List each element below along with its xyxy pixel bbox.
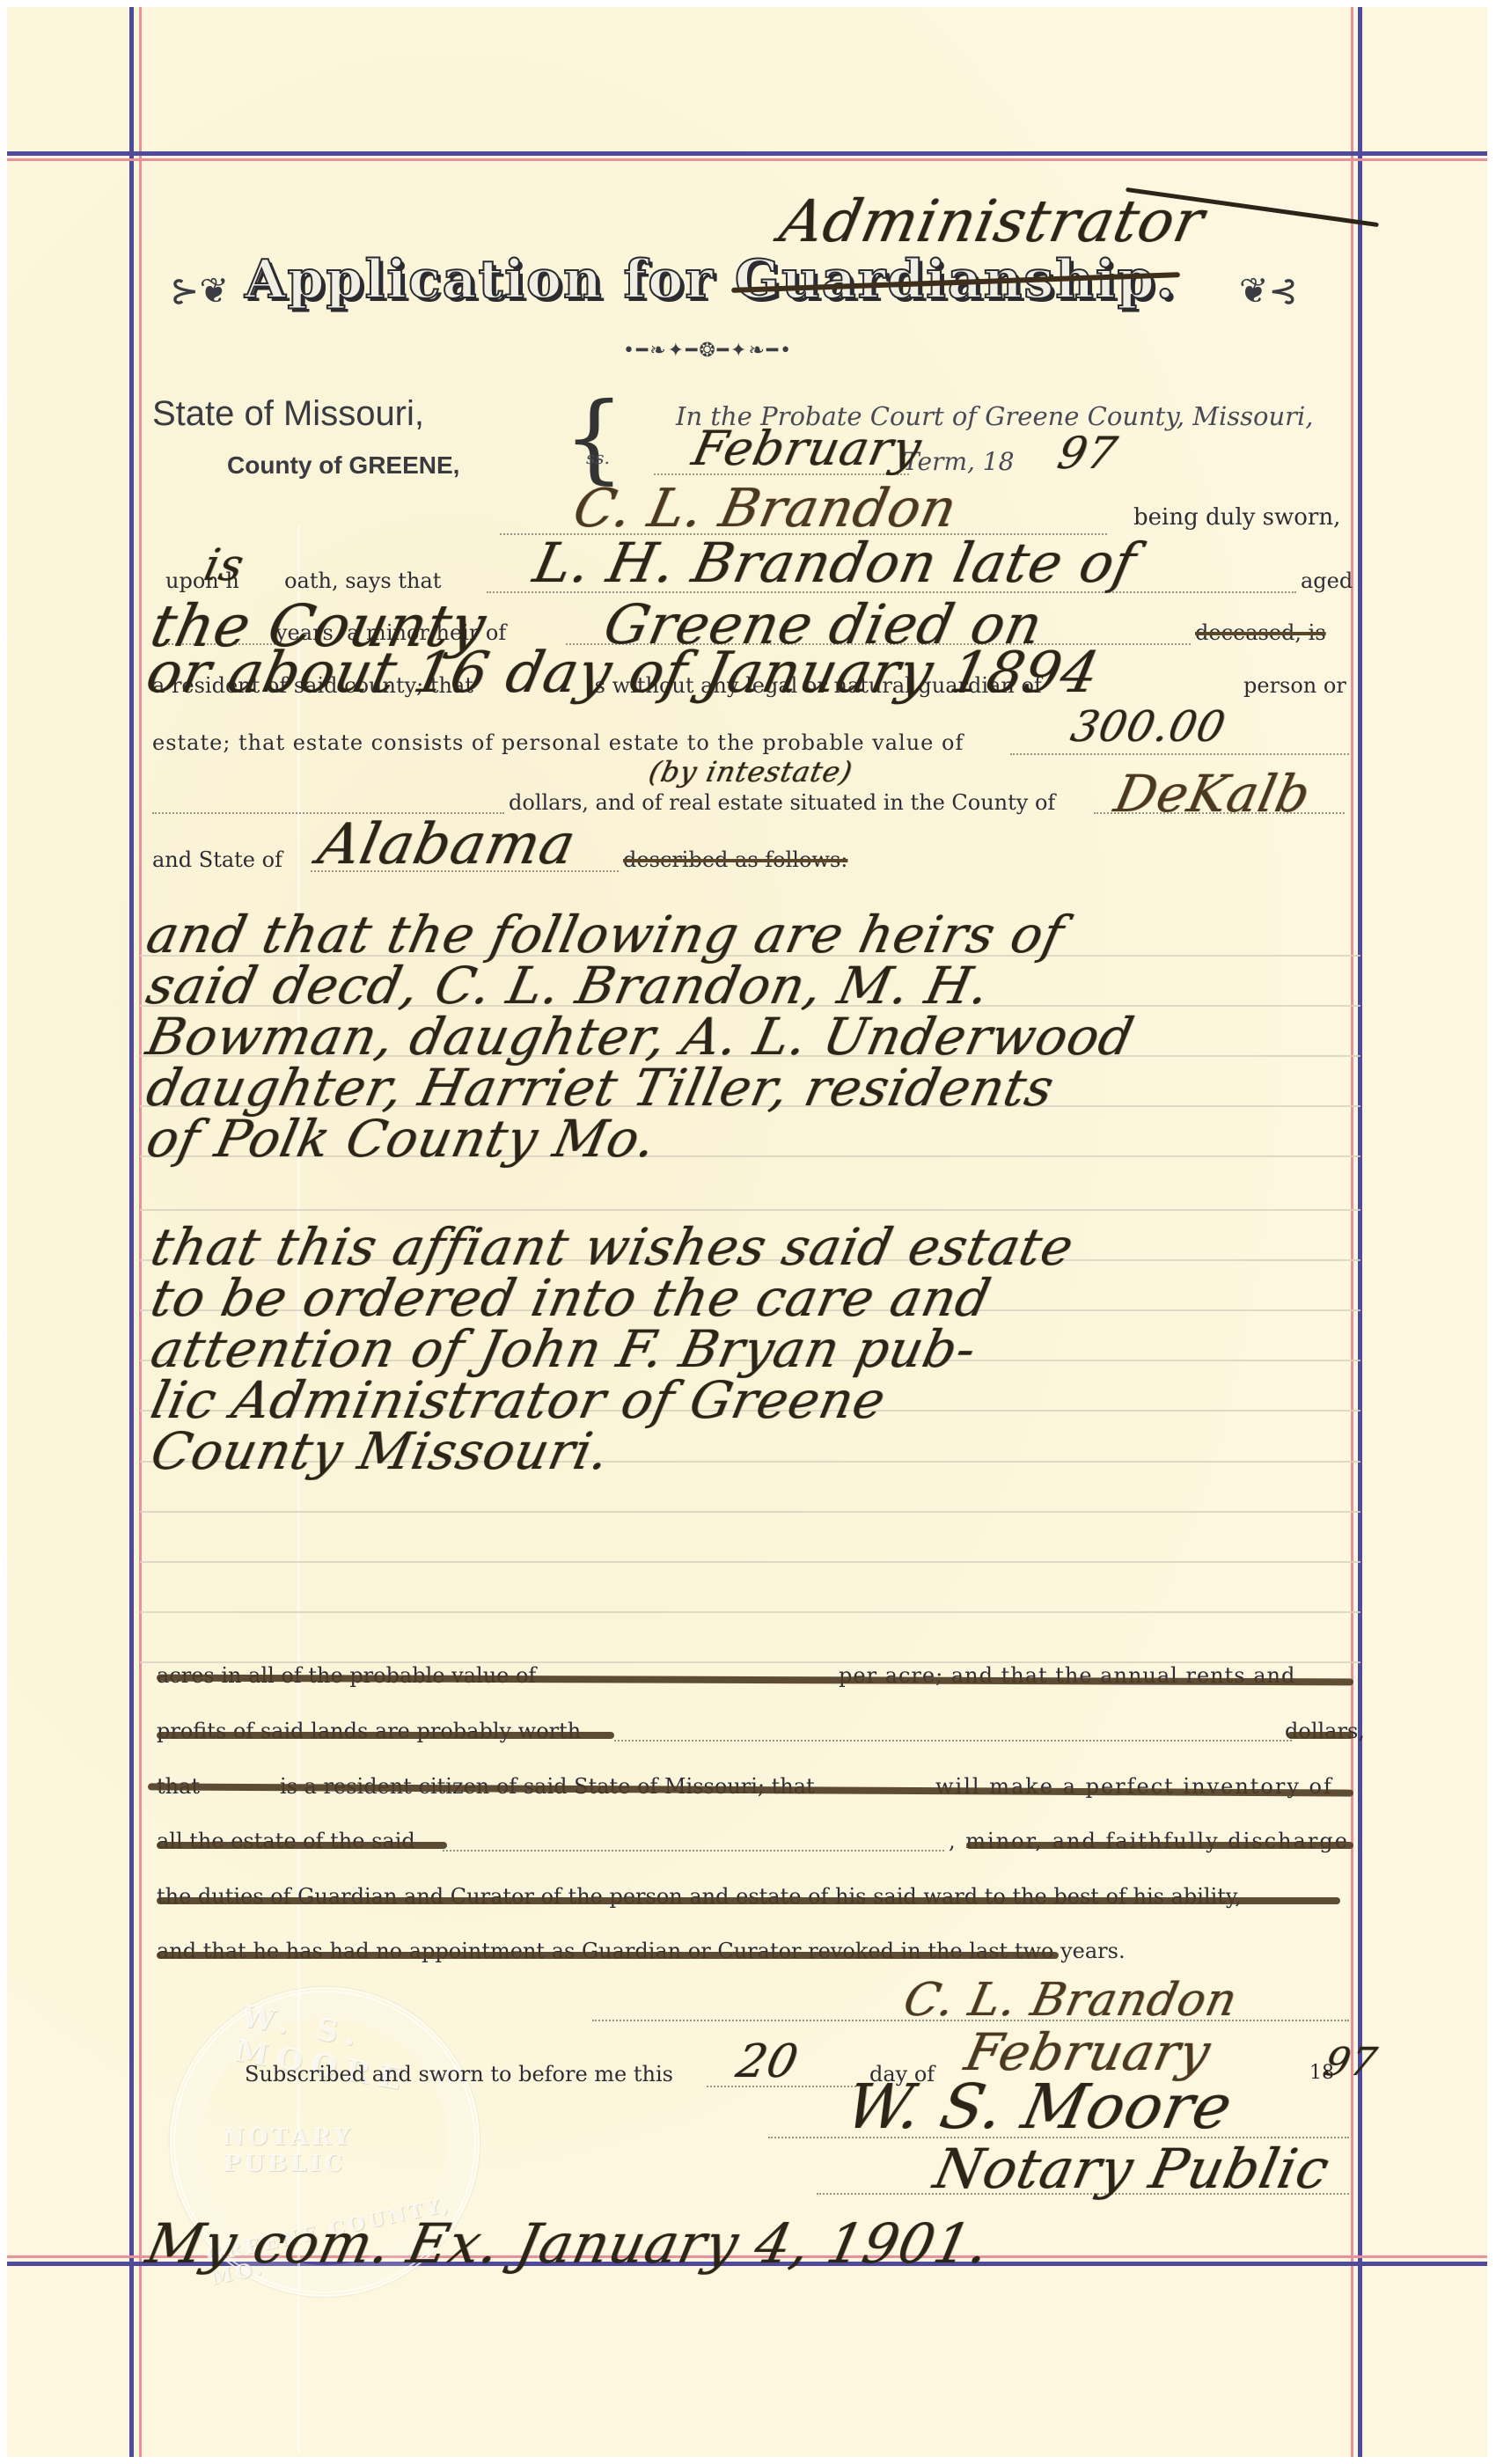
jurat-year: 97 [1321, 2040, 1382, 2085]
heirs-line: of Polk County Mo. [142, 1109, 662, 1169]
ruled-line [140, 1611, 1360, 1613]
title-handwritten-replacement: Administrator [774, 187, 1211, 255]
title-right-ornament-icon: ❦⊰ [1239, 271, 1298, 312]
ss-label: ss. [586, 447, 610, 468]
aged-text: aged [1301, 568, 1353, 593]
state-of-text: and State of [152, 847, 282, 872]
term-year-handwritten: 97 [1053, 428, 1122, 479]
jurat-day: 20 [732, 2035, 803, 2088]
decedent-handwritten: L. H. Brandon late of [528, 531, 1142, 595]
strike-stroke [157, 1952, 1059, 1959]
real-estate-state-handwritten: Alabama [312, 812, 582, 877]
notary-title: Notary Public [928, 2137, 1335, 2201]
deceased-is-text: deceased, is [1195, 620, 1326, 645]
right-margin-pink [1351, 7, 1353, 2457]
struck-line: all the estate of the said [157, 1829, 415, 1853]
strike-stroke [157, 1842, 447, 1849]
term-month-handwritten: February [687, 421, 927, 476]
document-page: Administrator ⊱❦ Application for Guardia… [7, 7, 1487, 2457]
title-left-ornament-icon: ⊱❦ [170, 271, 229, 312]
state-label: State of Missouri, [152, 394, 424, 434]
worth-blank [614, 1740, 1292, 1742]
document-title: Application for Guardianship. [245, 249, 1176, 311]
left-margin-blue [129, 7, 134, 2457]
minor-blank [443, 1850, 944, 1852]
strike-stroke [157, 1732, 614, 1739]
person-or-text: person or [1243, 673, 1346, 698]
estate-text: estate; that estate consists of personal… [152, 730, 964, 755]
ruled-line [140, 1561, 1360, 1563]
top-margin-pink [7, 158, 1487, 161]
sworn-text: being duly sworn, [1133, 504, 1340, 531]
struck-line: dollars, [1285, 1719, 1365, 1743]
seal-middle-text: NOTARY PUBLIC [224, 2124, 474, 2177]
divider-ornament-icon: •━❧✦━❂━✦❧━• [623, 340, 793, 362]
struck-line: profits of said lands are probably worth [157, 1719, 581, 1743]
left-margin-pink [139, 7, 142, 2457]
title-prefix: Application for [245, 249, 715, 311]
described-text: described as follows: [623, 847, 847, 872]
notary-signature: W. S. Moore [840, 2071, 1238, 2143]
brace: { [563, 381, 625, 494]
request-line: County Missouri. [146, 1421, 615, 1481]
strike-stroke [966, 1842, 1353, 1849]
commission-expiry: My com. Ex. January 4, 1901. [141, 2211, 995, 2276]
seal-top-text: W. S. MOORE [232, 1998, 479, 2109]
right-margin-blue [1358, 7, 1362, 2457]
ruled-line [140, 1511, 1360, 1513]
struck-line: , minor, and faithfully discharge [949, 1829, 1349, 1853]
value-blank [1010, 753, 1349, 755]
affiant-signature: C. L. Brandon [899, 1974, 1243, 2027]
title-struck-word: Guardianship. [735, 249, 1177, 311]
ruled-line [140, 1209, 1360, 1211]
death-date-handwritten: or about 16 day of January 1894 [141, 641, 1104, 706]
subscribed-text: Subscribed and sworn to before me this [245, 2062, 673, 2086]
strike-stroke [157, 1897, 1340, 1904]
top-margin-blue [7, 151, 1487, 156]
personal-value-handwritten: 300.00 [1067, 702, 1230, 752]
county-label: County of GREENE, [227, 451, 459, 480]
dollars-text: dollars, and of real estate situated in … [509, 790, 1055, 815]
real-estate-note-handwritten: (by intestate) [646, 755, 856, 788]
struck-line: and that he has had no appointment as Gu… [157, 1939, 1126, 1963]
strike-stroke [1287, 1732, 1353, 1739]
real-estate-county-handwritten: DeKalb [1110, 764, 1316, 824]
struck-line: the duties of Guardian and Curator of th… [157, 1884, 1242, 1909]
